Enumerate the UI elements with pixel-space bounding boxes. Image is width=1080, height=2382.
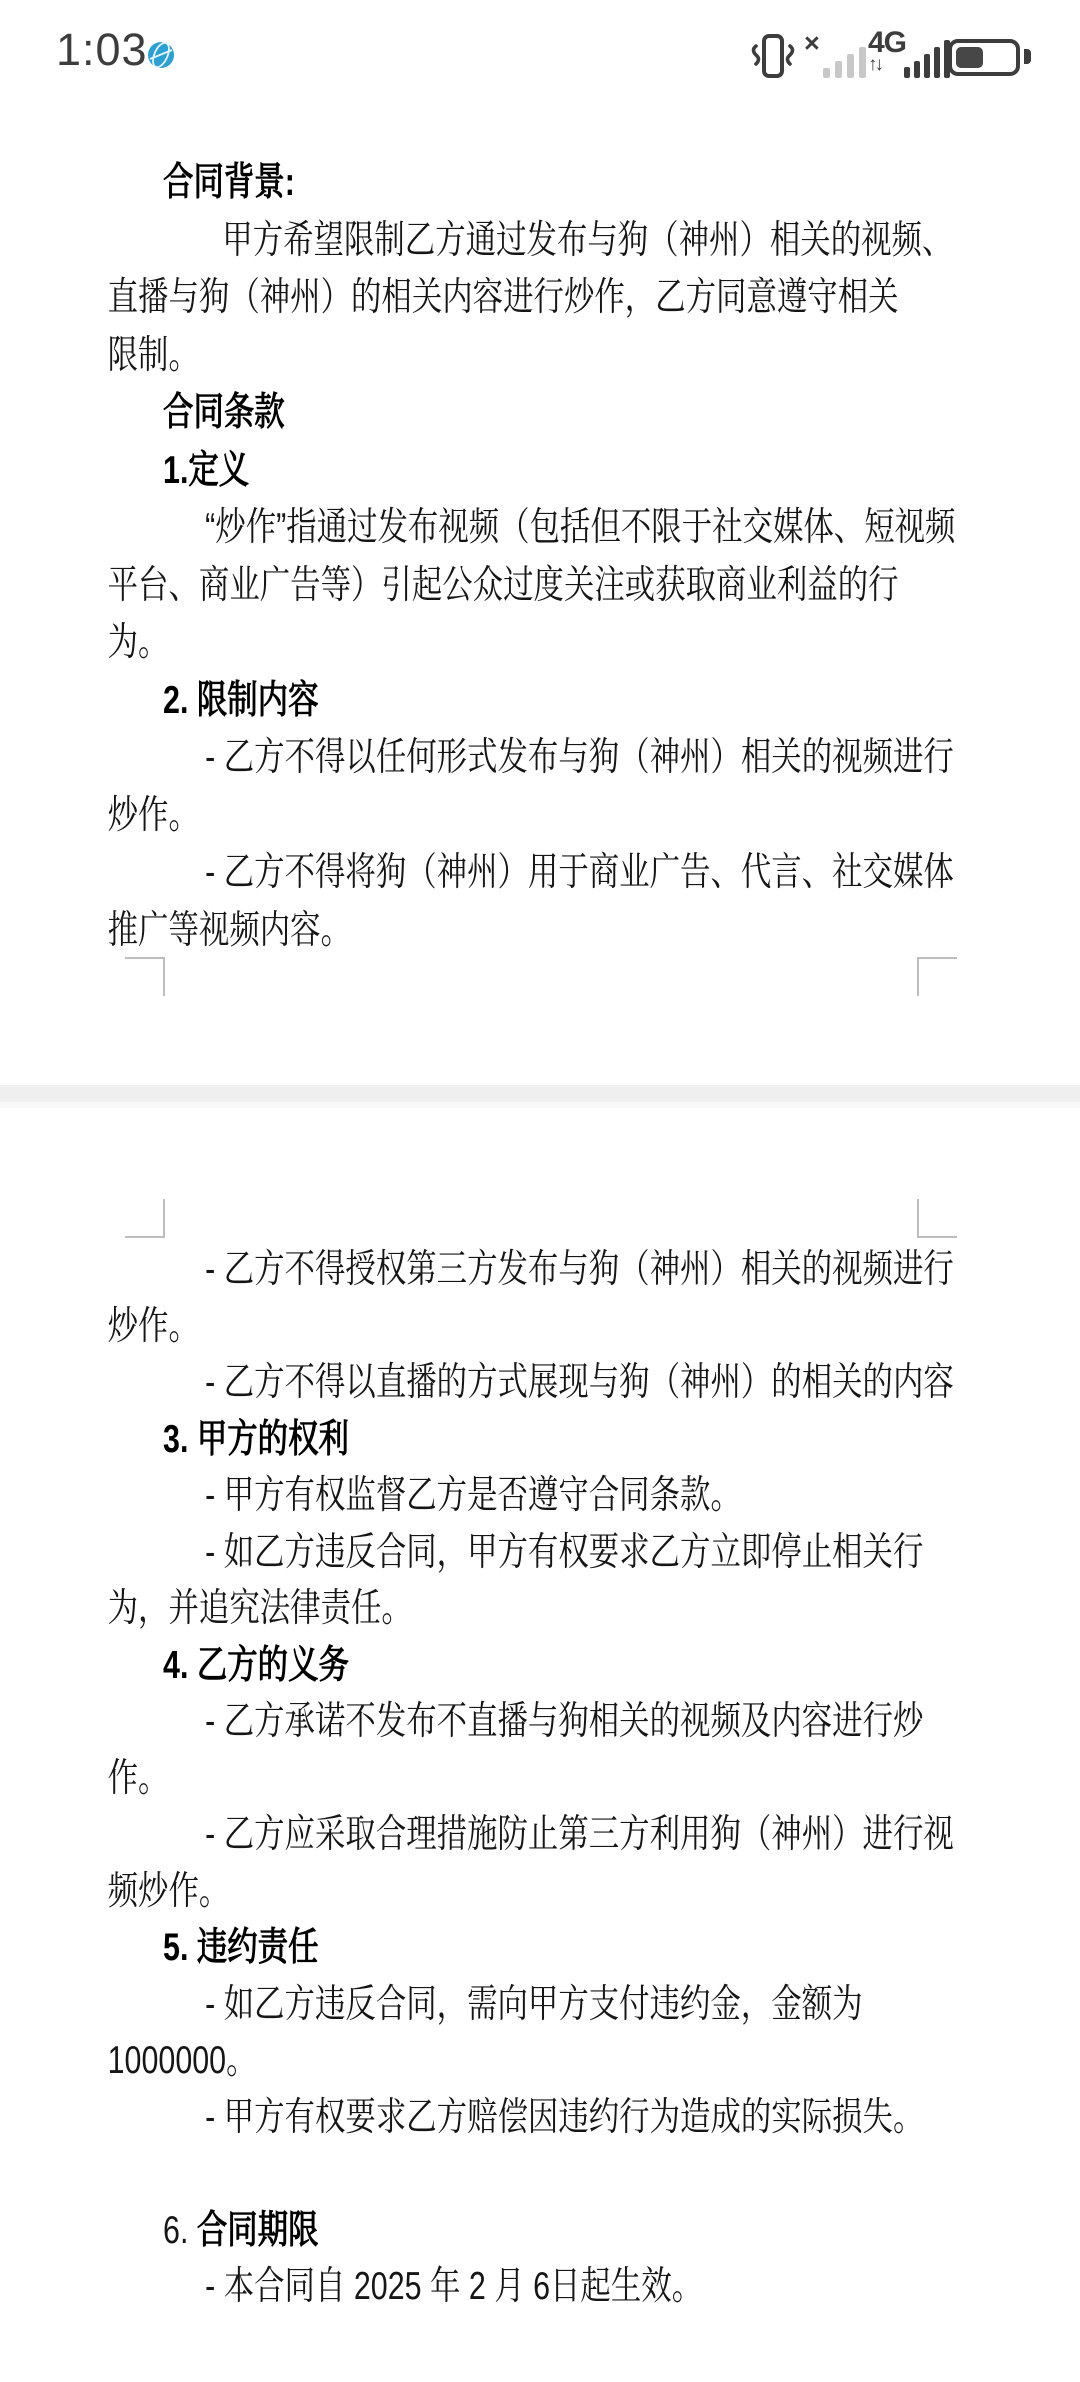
status-time: 1:03 xyxy=(56,24,148,76)
signal-bar xyxy=(847,54,854,78)
page2-margin-mark-top-right xyxy=(917,1199,957,1238)
app-notification-icon xyxy=(147,41,175,69)
document-line: 作。 xyxy=(108,1751,1080,1808)
document-line: 炒作。 xyxy=(108,787,1080,845)
document-line: 炒作。 xyxy=(108,1299,1080,1356)
document-line: - 乙方应采取合理措施防止第三方利用狗（神州）进行视 xyxy=(205,1807,1080,1864)
document-line: “炒作”指通过发布视频（包括但不限于社交媒体、短视频 xyxy=(205,499,1080,557)
network-signal-icon: 4G ↑↓ xyxy=(868,28,946,78)
document-line: - 乙方不得以任何形式发布与狗（神州）相关的视频进行 xyxy=(205,729,1080,787)
page1-margin-mark-bottom-right xyxy=(917,957,957,996)
document-line xyxy=(108,2146,1080,2203)
document-line: 为，并追究法律责任。 xyxy=(108,1581,1080,1638)
vibrate-icon xyxy=(744,33,802,79)
document-line: - 本合同自 2025 年 2 月 6日起生效。 xyxy=(205,2259,1080,2316)
sim-no-signal-icon: × xyxy=(806,32,868,78)
status-bar: 1:03 × 4G ↑↓ xyxy=(0,0,1080,90)
battery-nub xyxy=(1024,49,1031,64)
document-line: 为。 xyxy=(108,614,1080,672)
document-line: 限制。 xyxy=(108,327,1080,385)
signal-bar xyxy=(904,67,910,78)
phone-screen: 1:03 × 4G ↑↓ xyxy=(0,0,1080,2382)
document-line: 推广等视频内容。 xyxy=(108,902,1080,960)
document-line: 合同条款 xyxy=(163,384,1080,442)
document-line: - 甲方有权监督乙方是否遵守合同条款。 xyxy=(205,1468,1080,1525)
document-line: 6. 合同期限 xyxy=(163,2203,1080,2260)
document-line: - 乙方不得将狗（神州）用于商业广告、代言、社交媒体 xyxy=(205,844,1080,902)
document-line: - 如乙方违反合同，甲方有权要求乙方立即停止相关行 xyxy=(205,1525,1080,1582)
signal-bar xyxy=(859,47,866,78)
signal-bar xyxy=(924,54,930,78)
document-line: 1.定义 xyxy=(163,442,1080,500)
signal-bar xyxy=(835,61,842,78)
battery-fill xyxy=(956,47,983,68)
document-line: 甲方希望限制乙方通过发布与狗（神州）相关的视频、 xyxy=(222,212,1080,270)
page2-margin-mark-top-left xyxy=(125,1199,165,1238)
document-line: 4. 乙方的义务 xyxy=(163,1638,1080,1695)
document-line: - 乙方不得以直播的方式展现与狗（神州）的相关的内容 xyxy=(205,1355,1080,1412)
document-page-1: 合同背景:甲方希望限制乙方通过发布与狗（神州）相关的视频、直播与狗（神州）的相关… xyxy=(0,154,1080,959)
signal-bar xyxy=(934,47,940,78)
data-arrows-icon: ↑↓ xyxy=(868,54,881,76)
document-line: 2. 限制内容 xyxy=(163,672,1080,730)
document-line: 3. 甲方的权利 xyxy=(163,1412,1080,1469)
document-line: - 乙方不得授权第三方发布与狗（神州）相关的视频进行 xyxy=(205,1242,1080,1299)
document-line: 频炒作。 xyxy=(108,1864,1080,1921)
document-line: - 甲方有权要求乙方赔偿因违约行为造成的实际损失。 xyxy=(205,2090,1080,2147)
page1-margin-mark-bottom-left xyxy=(125,957,165,996)
document-line: - 乙方承诺不发布不直播与狗相关的视频及内容进行炒 xyxy=(205,1694,1080,1751)
document-line: 直播与狗（神州）的相关内容进行炒作，乙方同意遵守相关 xyxy=(108,269,1080,327)
document-line: 合同背景: xyxy=(163,154,1080,212)
page-separator xyxy=(0,1085,1080,1108)
document-page-2: - 乙方不得授权第三方发布与狗（神州）相关的视频进行炒作。- 乙方不得以直播的方… xyxy=(0,1242,1080,2316)
no-signal-x-glyph: × xyxy=(804,28,820,59)
document-line: - 如乙方违反合同，需向甲方支付违约金，金额为 xyxy=(205,1977,1080,2034)
document-line: 平台、商业广告等）引起公众过度关注或获取商业利益的行 xyxy=(108,557,1080,615)
document-line: 1000000。 xyxy=(108,2033,1080,2090)
battery-icon xyxy=(948,39,1020,76)
signal-bar xyxy=(823,68,830,78)
signal-bar xyxy=(914,61,920,78)
document-line: 5. 违约责任 xyxy=(163,1920,1080,1977)
